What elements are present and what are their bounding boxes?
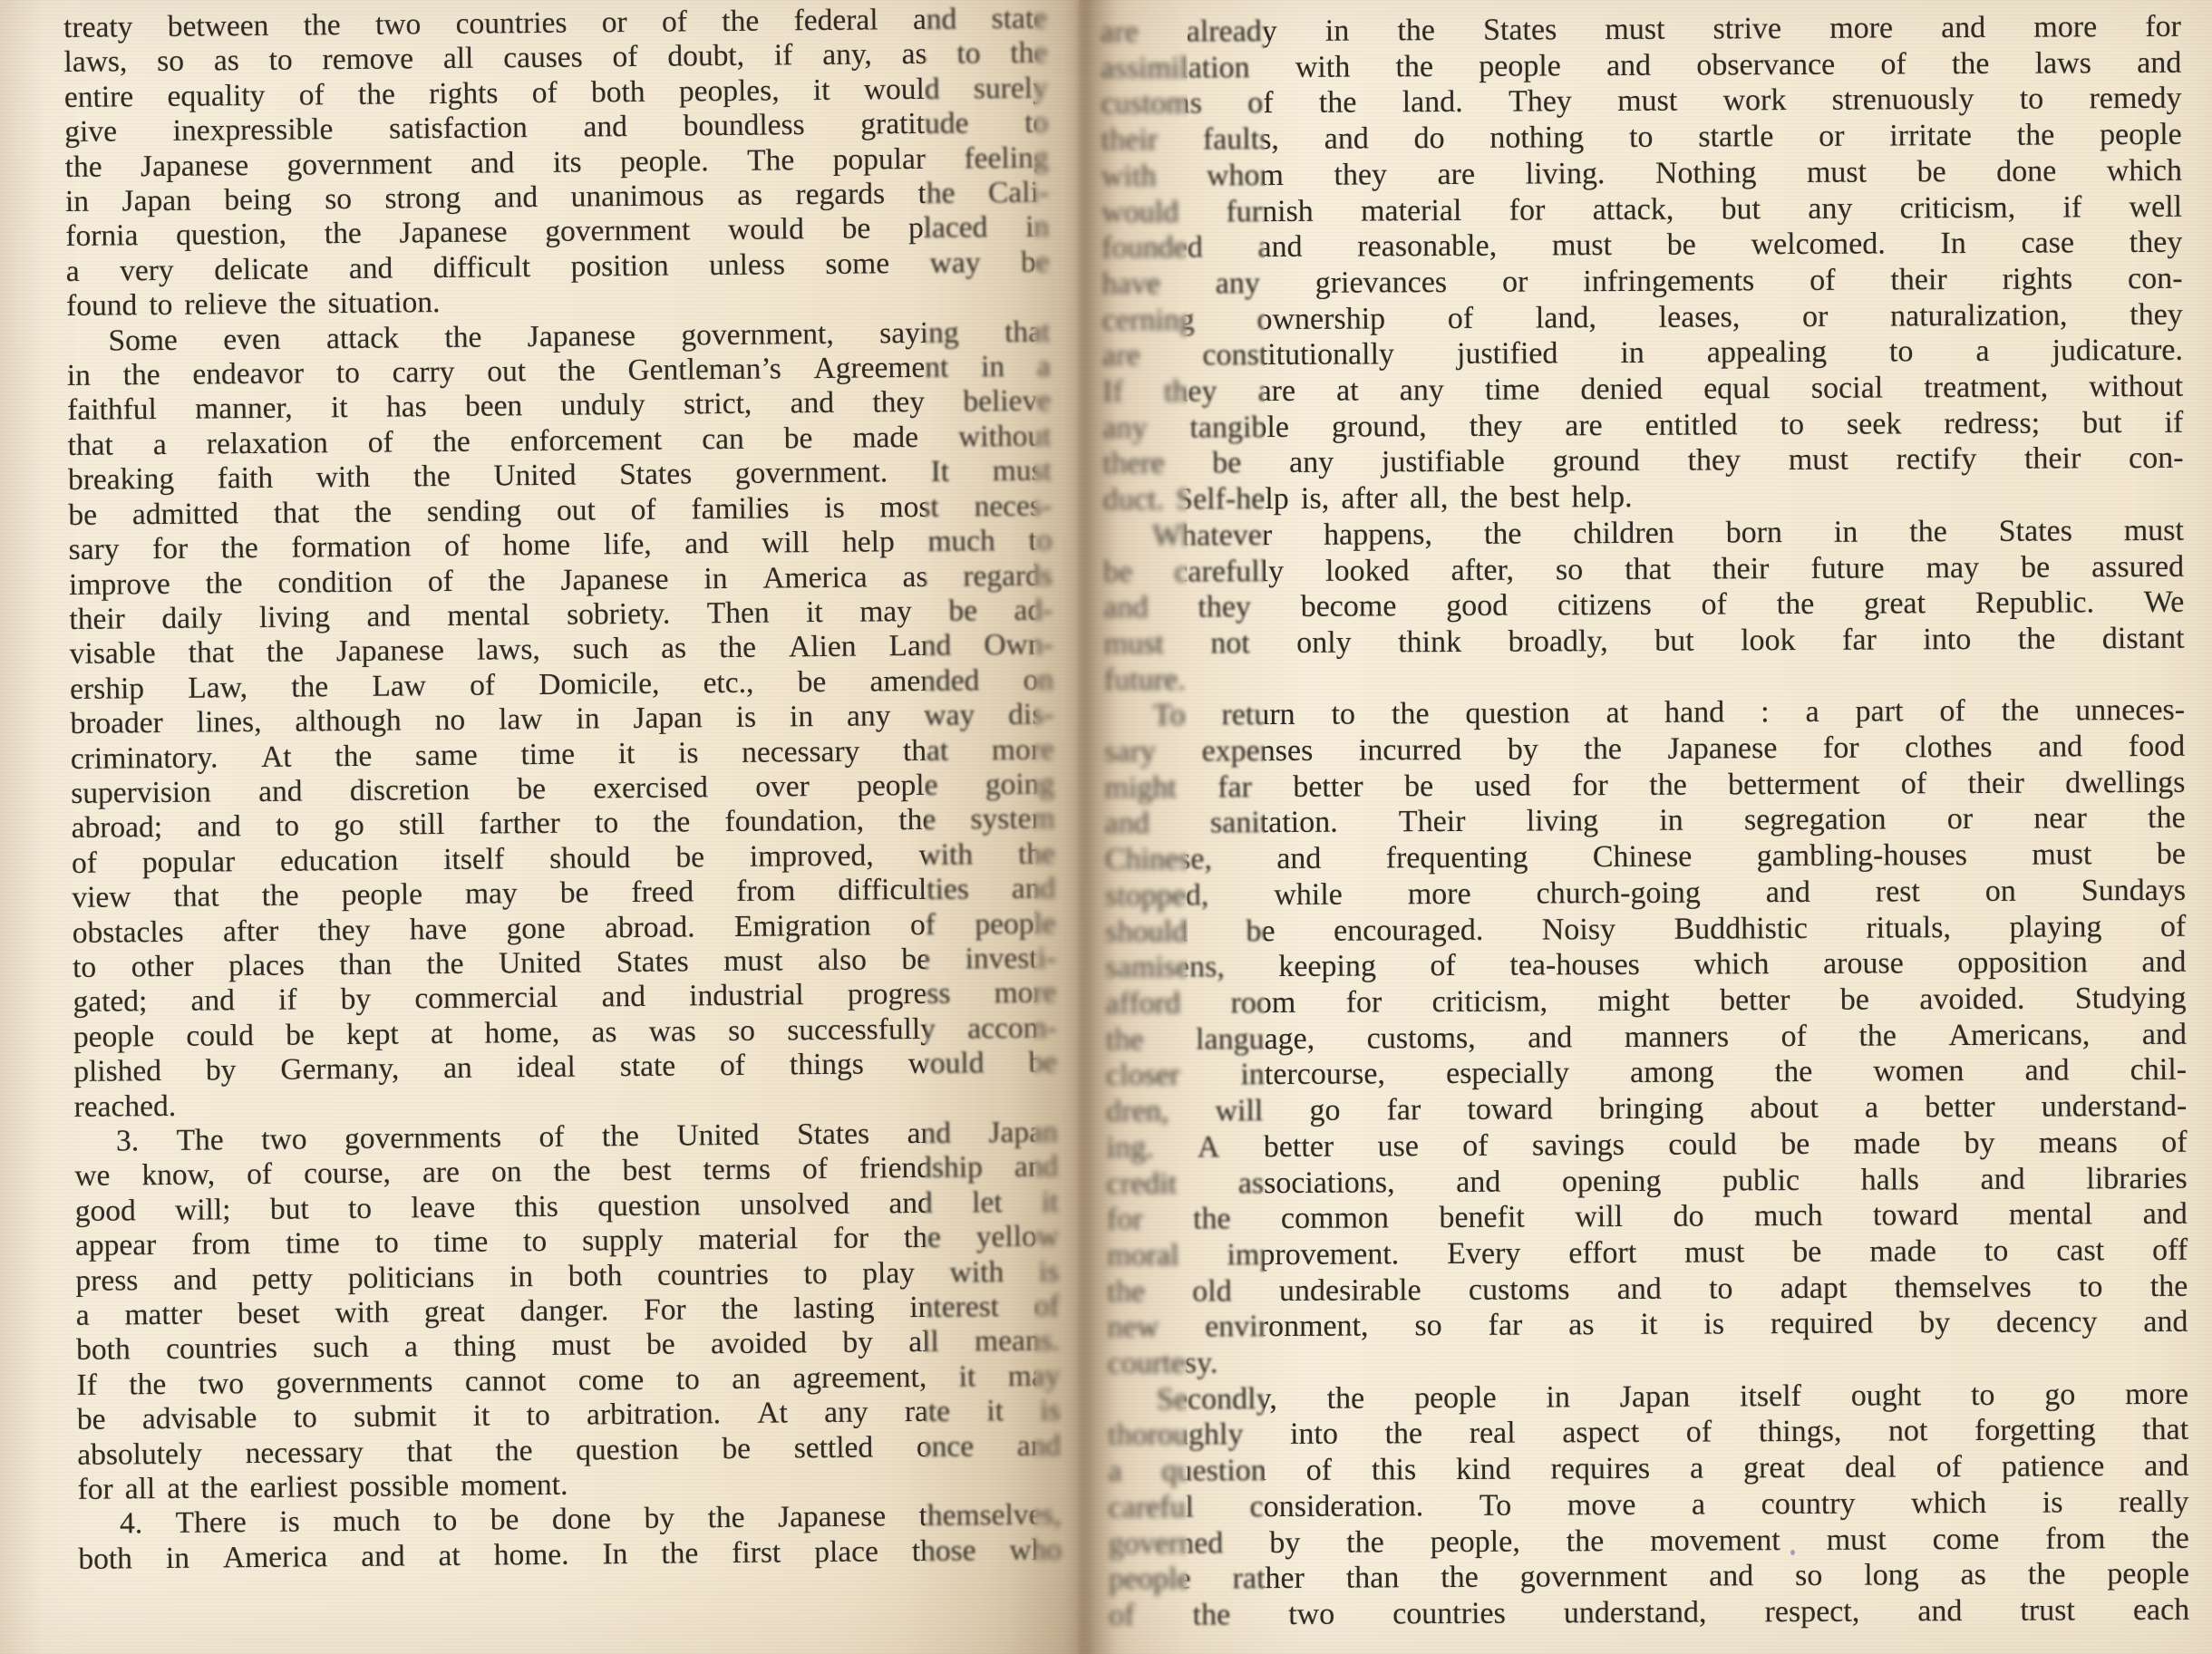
word: the [1441, 1560, 1479, 1596]
word: rights [2003, 261, 2073, 297]
word: seek [1847, 406, 1902, 442]
word: to [2020, 82, 2044, 118]
word: to [956, 37, 980, 73]
word: but [270, 1192, 309, 1227]
word: adapt [1780, 1270, 1848, 1306]
word: people [1414, 1379, 1497, 1416]
word: in [166, 1542, 189, 1577]
word: as [902, 37, 927, 73]
word: to [336, 356, 360, 392]
word: they [2130, 296, 2183, 333]
word: the [1395, 49, 1433, 85]
word: of [1306, 1453, 1333, 1489]
word: Agreement [813, 351, 948, 387]
word: necessary [246, 1436, 364, 1472]
word: Law [372, 669, 426, 704]
word: by [1919, 1305, 1950, 1341]
word: friendship [859, 1151, 983, 1187]
word: to [73, 951, 96, 986]
word: and [2143, 1196, 2188, 1233]
word: incurred [1359, 732, 1461, 769]
word: any [824, 1396, 868, 1431]
word: attack [326, 321, 399, 356]
word: States [797, 1117, 869, 1153]
word: by [206, 1053, 237, 1088]
word: each [2133, 1592, 2189, 1629]
word: might [1597, 983, 1670, 1020]
word: position [570, 248, 668, 284]
word: we [74, 1159, 110, 1195]
word: time [1485, 372, 1540, 409]
word: it [959, 1359, 976, 1395]
word: other [131, 950, 194, 985]
word: danger. [519, 1293, 608, 1329]
word: two [261, 1122, 307, 1157]
word: much [1754, 1198, 1823, 1234]
word: leave [411, 1191, 475, 1226]
word: are [1257, 373, 1295, 410]
word: itself [1740, 1378, 1801, 1415]
word: if [774, 39, 793, 74]
word: States [616, 944, 689, 980]
word: understand- [2042, 1088, 2188, 1126]
word: they [318, 913, 371, 948]
word: this [1372, 1452, 1416, 1488]
word: itself [443, 842, 504, 877]
text-line: mightfarbetterbeusedforthebettermentofth… [1104, 765, 2185, 807]
word: for [1823, 730, 1859, 767]
word: Japan [988, 1116, 1058, 1151]
word: food [2129, 729, 2186, 765]
word: themselves [1895, 1269, 2032, 1305]
word: ownership [1256, 301, 1385, 337]
word: unanimous [570, 179, 703, 215]
word: to [1780, 407, 1804, 443]
word: looked [1325, 553, 1410, 589]
word: If [76, 1369, 97, 1404]
word: people [73, 1020, 155, 1055]
word: admitted [132, 497, 239, 533]
word: mental [447, 598, 530, 634]
word: land. [1402, 84, 1463, 121]
word: the [1484, 516, 1522, 552]
word: and [1917, 1593, 1962, 1630]
word: Domicile, [538, 666, 659, 702]
word: into [1923, 622, 1971, 658]
word: better [1264, 1128, 1334, 1165]
word: government. [735, 456, 888, 492]
word: sary [69, 533, 120, 568]
text-line: theirfaults,anddonothingtostartleorirrit… [1101, 117, 2182, 159]
word: people [1479, 48, 1561, 84]
word: born [1726, 515, 1783, 551]
word: in [1546, 1379, 1570, 1416]
word: doubt, [667, 39, 744, 74]
word: governments [276, 1365, 432, 1401]
word: it [1042, 1185, 1059, 1220]
word: To [1480, 1487, 1512, 1523]
word: on [491, 1156, 522, 1191]
word: and [1257, 229, 1302, 266]
text-line: andtheybecomegoodcitizensofthegreatRepub… [1103, 585, 2184, 626]
word: go [2044, 1377, 2075, 1413]
word: causes [503, 41, 583, 76]
word: of [538, 1120, 564, 1156]
word: be [675, 840, 704, 875]
word: as [737, 179, 762, 214]
word: thoroughly [1108, 1417, 1243, 1454]
word: of [720, 1049, 745, 1084]
word: commercial [414, 981, 558, 1017]
word: be [646, 1328, 675, 1363]
text-line: arealreadyintheStatesmuststrivemoreandmo… [1101, 9, 2181, 51]
word: are [1102, 338, 1140, 374]
word: they [1334, 157, 1387, 193]
word: a [1690, 1451, 1703, 1487]
word: Republic. [1975, 585, 2094, 622]
word: or [602, 5, 627, 41]
word: forgetting [1974, 1413, 2096, 1449]
text-line: creditassociations,andopeningpublichalls… [1107, 1160, 2188, 1202]
word: amended [869, 663, 979, 700]
word: strong [384, 181, 461, 217]
word: be [722, 1431, 751, 1466]
word: the [304, 8, 341, 44]
word: happens, [1324, 517, 1432, 553]
word: judicature. [2052, 333, 2183, 369]
word: from [736, 874, 795, 909]
word: progress [848, 977, 951, 1012]
word: cast [2056, 1233, 2104, 1269]
word: moral [1107, 1237, 1179, 1273]
word: of [1702, 587, 1728, 624]
text-line: haveanygrievancesorinfringementsoftheirr… [1101, 261, 2182, 303]
word: unless [709, 247, 785, 283]
word: much [927, 524, 995, 559]
word: America [223, 1540, 328, 1576]
word: associations, [1238, 1165, 1395, 1202]
word: people [342, 877, 423, 913]
word: frequenting [1386, 840, 1528, 877]
word: if [2164, 404, 2183, 440]
text-line: areconstitutionallyjustifiedinappealingt… [1102, 333, 2183, 374]
word: they [1164, 373, 1218, 410]
word: be [490, 1504, 519, 1539]
word: the [433, 425, 471, 460]
word: distant [2102, 621, 2185, 657]
word: not [1888, 1414, 1928, 1450]
word: also [818, 943, 867, 979]
word: naturalization, [1890, 297, 2068, 334]
word: improvement. [1227, 1236, 1399, 1273]
word: infringements [1583, 263, 1754, 300]
word: such [313, 1330, 369, 1366]
word: will [1575, 1199, 1623, 1235]
word: the [707, 1501, 744, 1536]
word: playing [2009, 909, 2101, 945]
word: Some [108, 323, 178, 358]
text-line: governedbythepeople,themovementmustcomef… [1109, 1520, 2189, 1562]
word: absolutely [77, 1436, 202, 1473]
word: be [1916, 154, 1945, 190]
word: of [1430, 948, 1456, 984]
word: libraries [2086, 1160, 2188, 1196]
word: better [1720, 982, 1790, 1019]
word: of [1686, 1415, 1712, 1451]
word: it [331, 391, 348, 426]
word: means [2039, 1125, 2118, 1161]
word: that [2142, 1412, 2188, 1448]
word: be [77, 1403, 106, 1438]
word: must [1104, 626, 1164, 663]
word: any [1102, 410, 1147, 446]
word: popular [142, 845, 236, 880]
word: and [258, 774, 303, 809]
word: governed [1109, 1525, 1224, 1562]
word: believe [963, 384, 1051, 420]
word: saying [879, 315, 959, 351]
word: two [1288, 1597, 1334, 1633]
word: and [1941, 10, 1985, 46]
word: better [1293, 769, 1363, 805]
word: the [1397, 13, 1435, 49]
word: home, [484, 1016, 559, 1051]
word: breaking [68, 462, 175, 498]
word: with [918, 837, 973, 873]
word: state [620, 1049, 676, 1085]
word: think [1398, 624, 1461, 661]
word: dis- [1008, 698, 1054, 733]
word: encouraged. [1334, 912, 1483, 949]
word: by [1965, 1126, 1995, 1162]
word: in [703, 561, 727, 596]
word: for [833, 1222, 868, 1257]
word: opposition [1957, 945, 2088, 982]
word: as [1961, 1557, 1987, 1593]
word: criticism, [1900, 189, 2016, 226]
word: both [76, 1333, 131, 1369]
word: made [852, 421, 918, 456]
word: regards [795, 177, 885, 212]
word: of [72, 846, 97, 881]
word: the [1018, 837, 1055, 872]
word: of [1809, 263, 1836, 299]
word: places [228, 948, 305, 983]
word: United [499, 946, 582, 982]
word: and [197, 810, 241, 846]
word: a [404, 1330, 418, 1366]
word: of [2160, 908, 2187, 944]
word: and [1528, 1020, 1572, 1056]
word: bringing [1599, 1091, 1703, 1127]
word: the [1775, 1054, 1813, 1090]
word: or [1802, 298, 1829, 334]
word: living [259, 600, 331, 635]
word: material [698, 1223, 798, 1258]
right-page-text: arealreadyintheStatesmuststrivemoreandmo… [1101, 9, 2189, 1634]
word: required [1771, 1306, 1873, 1342]
word: in [1025, 210, 1049, 246]
word: sending [427, 494, 522, 529]
word: denied [1580, 372, 1663, 408]
word: opening [1562, 1163, 1662, 1199]
word: as [1568, 1307, 1595, 1343]
word: be [2021, 549, 2050, 585]
word: trust [2020, 1592, 2075, 1629]
word: it [618, 737, 635, 772]
word: material [1361, 192, 1462, 228]
word: that [189, 636, 235, 672]
word: two [199, 1367, 245, 1402]
word: Buddhistic [1674, 911, 1808, 947]
word: careful [1109, 1489, 1195, 1525]
word: people [2100, 117, 2182, 153]
word: first [732, 1535, 781, 1571]
word: go [334, 808, 364, 844]
word: to [1331, 697, 1355, 733]
word: to [523, 1224, 547, 1260]
word: there [1102, 446, 1164, 482]
word: land, [1536, 300, 1596, 336]
word: and [366, 599, 411, 634]
word: social [1811, 371, 1884, 407]
word: Chinese [1593, 839, 1693, 875]
word: far [1386, 1092, 1421, 1128]
word: both [568, 1259, 623, 1294]
word: be [948, 594, 977, 629]
word: treatment, [1924, 370, 2048, 406]
text-line: Whateverhappens,thechildrenbornintheStat… [1103, 513, 2184, 555]
word: the [1909, 514, 1947, 550]
word: and [1103, 590, 1148, 626]
word: more [994, 976, 1056, 1011]
word: petty [252, 1262, 313, 1297]
word: to [526, 1398, 549, 1434]
word: the [1649, 767, 1687, 803]
word: founded [1101, 230, 1203, 266]
word: a [1975, 334, 1989, 370]
text-line: Secondly,thepeopleinJapanitselfoughttogo… [1108, 1376, 2188, 1417]
word: means. [975, 1324, 1060, 1359]
word: yellow [976, 1220, 1060, 1255]
word: toward [1873, 1197, 1959, 1233]
word: halls [1861, 1162, 1919, 1198]
word: of [1109, 1598, 1135, 1634]
word: respect, [1764, 1594, 1859, 1630]
word: is [736, 701, 757, 736]
word: must [723, 943, 783, 979]
word: without [958, 419, 1052, 454]
text-line: assimilationwiththepeopleandobservanceof… [1101, 44, 2181, 86]
word: leases, [1659, 299, 1741, 335]
word: keeping [1278, 949, 1376, 985]
word: done [1996, 153, 2056, 189]
word: was [649, 1014, 696, 1049]
word: and [913, 3, 957, 38]
word: question [597, 1188, 701, 1224]
word: understand, [1564, 1594, 1707, 1631]
word: the [1777, 586, 1815, 623]
word: would [1101, 194, 1179, 230]
word: kept [346, 1017, 399, 1052]
word: already [1187, 14, 1277, 50]
word: ing. [1106, 1130, 1153, 1166]
word: criticism, [1432, 983, 1548, 1020]
word: samisens, [1105, 950, 1224, 986]
word: startle [1698, 119, 1773, 155]
word: be [1792, 1234, 1821, 1271]
word: must [1684, 1234, 1744, 1271]
word: far [1488, 1308, 1522, 1344]
word: are [422, 1156, 460, 1191]
word: must [2124, 513, 2184, 549]
word: among [1630, 1055, 1714, 1091]
word: : [1761, 695, 1770, 731]
word: a [1108, 1454, 1121, 1490]
word: be [1667, 227, 1696, 264]
word: work [1722, 82, 1786, 119]
word: should [1105, 914, 1188, 950]
word: the [1346, 1524, 1384, 1561]
word: and [190, 984, 235, 1020]
word: people [857, 769, 938, 804]
word: Cali- [988, 176, 1049, 211]
word: they [872, 385, 925, 421]
word: strive [1712, 11, 1781, 47]
word: things, [1759, 1414, 1842, 1450]
word: ground, [1332, 409, 1427, 445]
word: the [325, 217, 362, 252]
word: and [1105, 806, 1150, 842]
word: foundation, [724, 804, 864, 840]
word: their [69, 602, 125, 637]
word: environment, [1205, 1309, 1369, 1346]
text-line: carefulconsideration.Tomoveacountrywhich… [1109, 1485, 2189, 1526]
word: toward [1467, 1091, 1553, 1127]
word: to [803, 1257, 827, 1292]
word: arbitration. [587, 1397, 721, 1433]
word: home. [494, 1538, 569, 1573]
word: Chinese, [1105, 842, 1212, 878]
word: with [950, 1255, 1004, 1291]
word: by [341, 982, 372, 1018]
word: country [1761, 1485, 1856, 1522]
word: done [552, 1503, 611, 1538]
word: they [1470, 408, 1523, 444]
word: remove [322, 43, 413, 78]
word: more [2125, 1376, 2188, 1412]
word: over [755, 769, 810, 805]
word: equal [1703, 371, 1771, 407]
word: satisfaction [389, 111, 528, 147]
word: government [1520, 1559, 1668, 1596]
word: made [1869, 1233, 1936, 1270]
word: and [1017, 1428, 1062, 1464]
word: discretion [350, 773, 470, 809]
word: gambling-houses [1757, 837, 1968, 875]
word: especially [1446, 1056, 1569, 1092]
word: know, [141, 1158, 215, 1194]
word: ership [70, 672, 144, 707]
word: improved, [750, 838, 874, 875]
word: must [993, 454, 1053, 489]
word: Emigration [734, 908, 871, 944]
word: the [205, 566, 242, 602]
word: the [898, 803, 936, 838]
word: it [473, 1399, 490, 1435]
word: about [1750, 1090, 1819, 1127]
word: inexpressible [173, 112, 334, 149]
